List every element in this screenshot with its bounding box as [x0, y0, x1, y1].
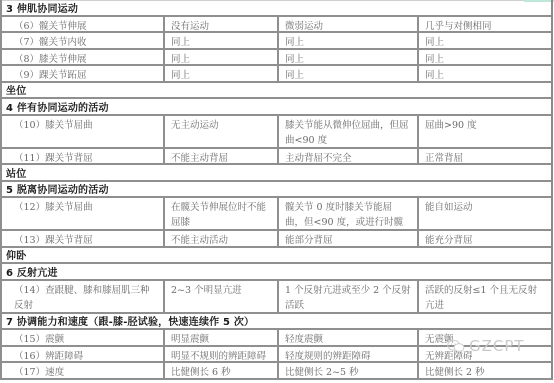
score-0-cell: 不能主动背屈 [163, 149, 277, 164]
table-row: （17）速度 比健侧长 6 秒 比健侧长 2~5 秒 比健侧长 2 秒 [0, 363, 551, 380]
section-title: 6 反射亢进 [2, 264, 58, 279]
item-cell: （12）膝关节屈曲 [0, 198, 163, 229]
table-row: （9）踝关节跖屈 同上 同上 同上 [0, 66, 551, 83]
score-2-cell: 能充分背屈 [417, 231, 551, 246]
score-0-cell: 明显不规则的辨距障碍 [163, 347, 277, 362]
table-row: （14）查跟腱、膝和膝屈肌三种反射 2~3 个明显亢进 1 个反射亢进或至少 2… [0, 281, 551, 314]
section-header: 7 协调能力和速度（跟-膝-胫试验，快速连续作 5 次） [0, 314, 551, 331]
section-header: 6 反射亢进 [0, 264, 551, 281]
section-title: 3 伸肌协同运动 [2, 0, 78, 15]
item-cell: （15）震颤 [0, 330, 163, 345]
item-cell: （11）踝关节背屈 [0, 149, 163, 164]
item-cell: （17）速度 [0, 363, 163, 378]
section-header: 3 伸肌协同运动 [0, 0, 551, 17]
item-cell: （14）查跟腱、膝和膝屈肌三种反射 [0, 281, 163, 312]
fugl-meyer-lower-limb-table: 3 伸肌协同运动 （6）髋关节伸展 没有运动 微弱运动 几乎与对侧相同 （7）髋… [0, 0, 553, 380]
item-cell: （16）辨距障碍 [0, 347, 163, 362]
score-2-cell: 活跃的反射≤1 个且无反射亢进 [417, 281, 551, 312]
score-1-cell: 膝关节能从微伸位屈曲，但屈曲<90 度 [277, 116, 417, 147]
position-title: 站位 [2, 165, 26, 180]
score-1-cell: 主动背屈不完全 [277, 149, 417, 164]
item-cell: （7）髋关节内收 [0, 33, 163, 48]
score-2-cell: 几乎与对侧相同 [417, 17, 551, 32]
position-title: 仰卧 [2, 247, 26, 262]
score-0-cell: 在髋关节伸展位时不能屈膝 [163, 198, 277, 229]
table-row: （13）踝关节背屈 不能主动活动 能部分背屈 能充分背屈 [0, 231, 551, 248]
item-cell: （9）踝关节跖屈 [0, 66, 163, 81]
item-cell: （6）髋关节伸展 [0, 17, 163, 32]
item-cell: （8）膝关节伸展 [0, 50, 163, 65]
score-1-cell: 微弱运动 [277, 17, 417, 32]
item-cell: （10）膝关节屈曲 [0, 116, 163, 147]
score-2-cell: 同上 [417, 50, 551, 65]
score-1-cell: 同上 [277, 50, 417, 65]
score-0-cell: 同上 [163, 66, 277, 81]
position-header: 坐位 [0, 83, 551, 100]
score-2-cell: 屈曲>90 度 [417, 116, 551, 147]
score-0-cell: 同上 [163, 33, 277, 48]
table-row: （8）膝关节伸展 同上 同上 同上 [0, 50, 551, 67]
score-0-cell: 没有运动 [163, 17, 277, 32]
score-0-cell: 无主动运动 [163, 116, 277, 147]
item-cell: （13）踝关节背屈 [0, 231, 163, 246]
score-2-cell: 无辨距障碍 [417, 347, 551, 362]
section-title: 4 伴有协同运动的活动 [2, 99, 109, 114]
position-title: 坐位 [2, 82, 26, 97]
table-row: （16）辨距障碍 明显不规则的辨距障碍 轻度规则的辨距障碍 无辨距障碍 [0, 347, 551, 364]
score-0-cell: 比健侧长 6 秒 [163, 363, 277, 378]
score-1-cell: 髋关节 0 度时膝关节能屈曲，但<90 度，或进行时髋关节屈曲 [277, 198, 417, 229]
section-header: 4 伴有协同运动的活动 [0, 99, 551, 116]
section-title: 7 协调能力和速度（跟-膝-胫试验，快速连续作 5 次） [2, 313, 254, 328]
score-1-cell: 同上 [277, 33, 417, 48]
score-1-cell: 比健侧长 2~5 秒 [277, 363, 417, 378]
score-1-cell: 1 个反射亢进或至少 2 个反射活跃 [277, 281, 417, 312]
table-row: （7）髋关节内收 同上 同上 同上 [0, 33, 551, 50]
table-row: （11）踝关节背屈 不能主动背屈 主动背屈不完全 正常背屈 [0, 149, 551, 166]
score-0-cell: 2~3 个明显亢进 [163, 281, 277, 312]
position-header: 站位 [0, 165, 551, 182]
position-header: 仰卧 [0, 248, 551, 265]
score-2-cell: 能自如运动 [417, 198, 551, 229]
table-row: （15）震颤 明显震颤 轻度震颤 无震颤 [0, 330, 551, 347]
score-0-cell: 明显震颤 [163, 330, 277, 345]
table-row: （12）膝关节屈曲 在髋关节伸展位时不能屈膝 髋关节 0 度时膝关节能屈曲，但<… [0, 198, 551, 231]
score-2-cell: 同上 [417, 33, 551, 48]
score-0-cell: 不能主动活动 [163, 231, 277, 246]
score-2-cell: 无震颤 [417, 330, 551, 345]
score-2-cell: 比健侧长 2 秒 [417, 363, 551, 378]
table-row: （6）髋关节伸展 没有运动 微弱运动 几乎与对侧相同 [0, 17, 551, 34]
score-1-cell: 能部分背屈 [277, 231, 417, 246]
score-1-cell: 同上 [277, 66, 417, 81]
score-2-cell: 同上 [417, 66, 551, 81]
section-header: 5 脱离协同运动的活动 [0, 182, 551, 199]
score-2-cell: 正常背屈 [417, 149, 551, 164]
section-title: 5 脱离协同运动的活动 [2, 181, 109, 196]
table-row: （10）膝关节屈曲 无主动运动 膝关节能从微伸位屈曲，但屈曲<90 度 屈曲>9… [0, 116, 551, 149]
score-0-cell: 同上 [163, 50, 277, 65]
score-1-cell: 轻度规则的辨距障碍 [277, 347, 417, 362]
score-1-cell: 轻度震颤 [277, 330, 417, 345]
